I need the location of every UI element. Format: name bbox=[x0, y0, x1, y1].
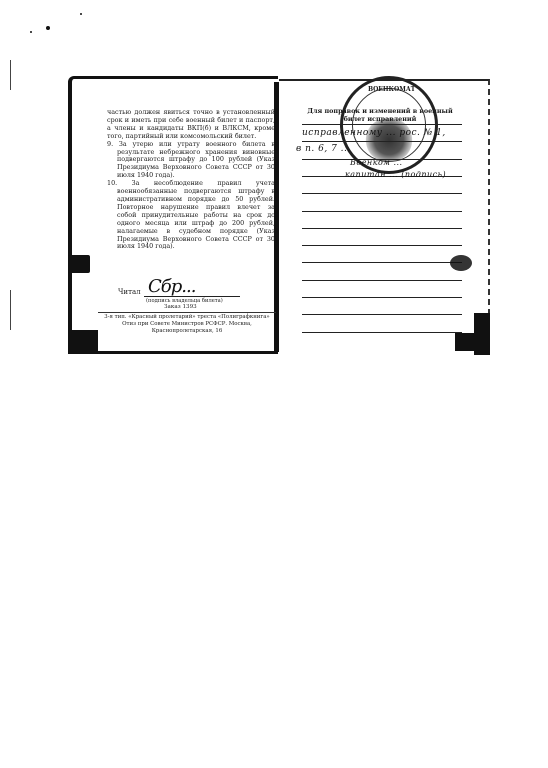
handwritten-line: в п. 6, 7 ... bbox=[296, 144, 351, 154]
scan-edge-mark bbox=[10, 290, 11, 330]
handwritten-line: капитан ... (подпись) bbox=[345, 170, 446, 179]
ruled-line bbox=[302, 297, 462, 298]
order-number: Заказ 1393 bbox=[164, 304, 197, 310]
ruled-line bbox=[302, 245, 462, 246]
signature-handwriting: Сбр... bbox=[148, 276, 195, 297]
divider bbox=[98, 312, 276, 313]
scan-speck bbox=[46, 26, 50, 30]
ruled-line bbox=[302, 141, 462, 142]
paragraph-number: 9. bbox=[107, 140, 113, 148]
ruled-line bbox=[302, 211, 462, 212]
ruled-line bbox=[302, 124, 462, 125]
paragraph-text: За утерю или утрату военного билета в ре… bbox=[117, 140, 275, 180]
scan-speck bbox=[30, 31, 32, 33]
printer-info: 3-я тип. «Красный пролетарий» треста «По… bbox=[98, 314, 276, 335]
ruled-line bbox=[302, 314, 462, 315]
paragraph-text: За несоблюдение правил учета военнообяза… bbox=[117, 179, 275, 250]
signature-label: Читал bbox=[118, 288, 141, 296]
paragraph-10: 10. За несоблюдение правил учета военноо… bbox=[107, 180, 275, 251]
paragraph-9: 9. За утерю или утрату военного билета в… bbox=[107, 141, 275, 181]
ruled-line bbox=[302, 193, 462, 194]
ink-blot bbox=[450, 255, 472, 271]
stamp-text: ВОЕНКОМАТ bbox=[368, 86, 415, 93]
paragraph-continued: частью должен явиться точно в установлен… bbox=[107, 109, 275, 141]
corrections-header: Для поправок и изменений в военный билет… bbox=[300, 108, 460, 123]
handwritten-line: исправленному ... рос. № 1, bbox=[302, 128, 446, 138]
ruled-line bbox=[302, 332, 462, 333]
ruled-line bbox=[302, 228, 462, 229]
ruled-line bbox=[302, 280, 462, 281]
ink-blot bbox=[68, 330, 98, 354]
ink-blot bbox=[68, 255, 90, 273]
ink-blot bbox=[455, 333, 477, 351]
regulations-text: частью должен явиться точно в установлен… bbox=[107, 109, 275, 251]
scan-speck bbox=[80, 13, 82, 15]
paragraph-number: 10. bbox=[107, 179, 117, 187]
handwritten-line: Военком ... bbox=[350, 158, 403, 167]
scan-edge-mark bbox=[10, 60, 11, 90]
ruled-line bbox=[302, 262, 462, 263]
